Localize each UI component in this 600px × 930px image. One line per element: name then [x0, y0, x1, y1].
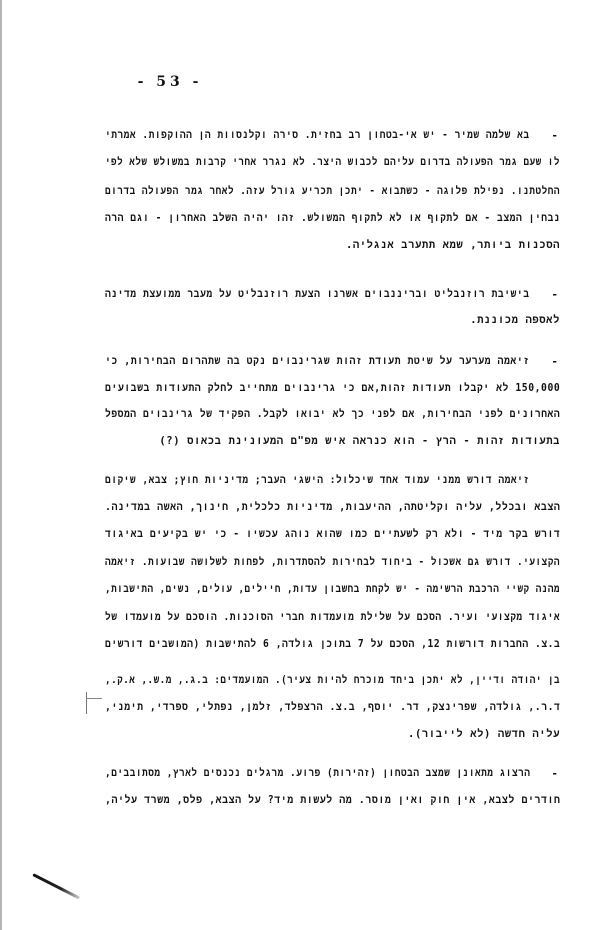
text-line: הקצועי. דורש גם אשכול - ביחוד לבחירות לה… [105, 555, 560, 569]
text-line: הרצוג מתאונן שמצב הבטחון (זהירות) פרוע. … [105, 766, 530, 780]
bullet-dash: - [551, 355, 558, 368]
text-line: זיאמה מערער על שיטת תעודת זהות שגרינבוים… [105, 354, 530, 368]
text-line: בישיבת רוזנבליט ובריננבוים אשרנו הצעת רו… [105, 287, 530, 301]
text-line: לאספה מכוננת. [470, 313, 560, 327]
bullet-dash: - [551, 129, 558, 142]
text-line: זיאמה דורש ממני עמוד אחד שיכלול: הישגי ה… [105, 473, 530, 487]
text-line: חודרים לצבא, אין חוק ואין מוסר. מה לעשות… [105, 793, 560, 807]
text-line: איגוד מקצועי ועיר. הסכם על שלילת מועמדות… [105, 610, 560, 624]
text-line: 150,000 לא יקבלו תעודות זהות,אם כי גרינב… [105, 381, 560, 395]
bullet-dash: - [551, 288, 558, 301]
margin-mark [86, 692, 87, 714]
bullet-dash: - [551, 767, 558, 780]
text-line: הצבא ובכלל, עליה וקליטתה, ההיעבות, מדיני… [105, 500, 560, 514]
text-line: בא שלמה שמיר - יש אי-בטחון רב בחזית. סיר… [105, 128, 530, 142]
text-line: לו שעם גמר הפעולה בדרום עליהם לכבוש היצר… [105, 155, 560, 169]
text-line: ב.צ. החברות דורשות 12, הסכם על 7 בתוכן ג… [105, 637, 560, 651]
margin-mark [86, 698, 102, 699]
pen-stroke-mark [32, 873, 80, 899]
text-line: מהנה קשיי הרכבת הרשימה - יש לקחת בחשבון … [105, 582, 560, 596]
text-line: ד.ר., גולדה, שפרינצק, דר. יוסף, ב.צ. הרצ… [105, 700, 560, 714]
text-line: דורש בקר מיד - ולא רק לשעתיים כמו שהוא נ… [105, 527, 560, 541]
text-line: עליה חדשה (לא לייבור). [408, 727, 560, 741]
text-line: בן יהודה ודיין, לא יתכן ביחד מוכרח להיות… [105, 673, 560, 687]
typewritten-page: - 53 - - בא שלמה שמיר - יש אי-בטחון רב ב… [0, 0, 600, 930]
text-line: האחרונים לפני הבחירות, אם לפני כך לא יבו… [105, 407, 560, 421]
page-number: - 53 - [130, 74, 210, 90]
text-line: הסכנות ביותר, שמא תתערב אנגליה. [346, 238, 560, 252]
text-line: החלטתנו. נפילת פלוגה - כשתבוא - יתכן תכר… [105, 184, 560, 198]
text-line: נבחין המצב - אם לתקוף או לא לתקוף המשולש… [105, 211, 560, 225]
text-line: בתעודות זהות - הרץ - הוא כנראה איש מפ"ם … [159, 434, 560, 448]
